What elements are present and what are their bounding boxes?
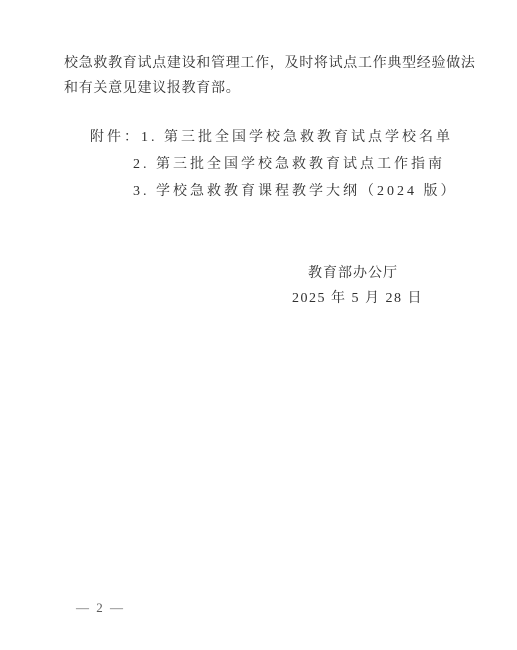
attachments-row-3: 3. 学校急救教育课程教学大纲（2024 版） (133, 178, 458, 205)
body-line-2: 和有关意见建议报教育部。 (64, 81, 240, 96)
attachments-row-1: 附件：1. 第三批全国学校急救教育试点学校名单 (90, 124, 453, 151)
attachment-item-2: 2. 第三批全国学校急救教育试点工作指南 (133, 157, 445, 172)
page-number: — 2 — (76, 599, 125, 617)
signature-date: 2025 年 5 月 28 日 (292, 286, 423, 311)
body-line-1: 校急救教育试点建设和管理工作，及时将试点工作典型经验做法 (64, 56, 476, 71)
signature-issuer: 教育部办公厅 (308, 261, 398, 286)
attachment-item-3: 3. 学校急救教育课程教学大纲（2024 版） (133, 184, 458, 199)
attachments-label: 附件： (90, 130, 141, 145)
attachments-row-2: 2. 第三批全国学校急救教育试点工作指南 (133, 151, 445, 178)
attachment-item-1: 1. 第三批全国学校急救教育试点学校名单 (141, 130, 453, 145)
document-page: 校急救教育试点建设和管理工作，及时将试点工作典型经验做法 和有关意见建议报教育部… (0, 0, 517, 650)
body-paragraph: 校急救教育试点建设和管理工作，及时将试点工作典型经验做法 和有关意见建议报教育部… (64, 51, 484, 101)
